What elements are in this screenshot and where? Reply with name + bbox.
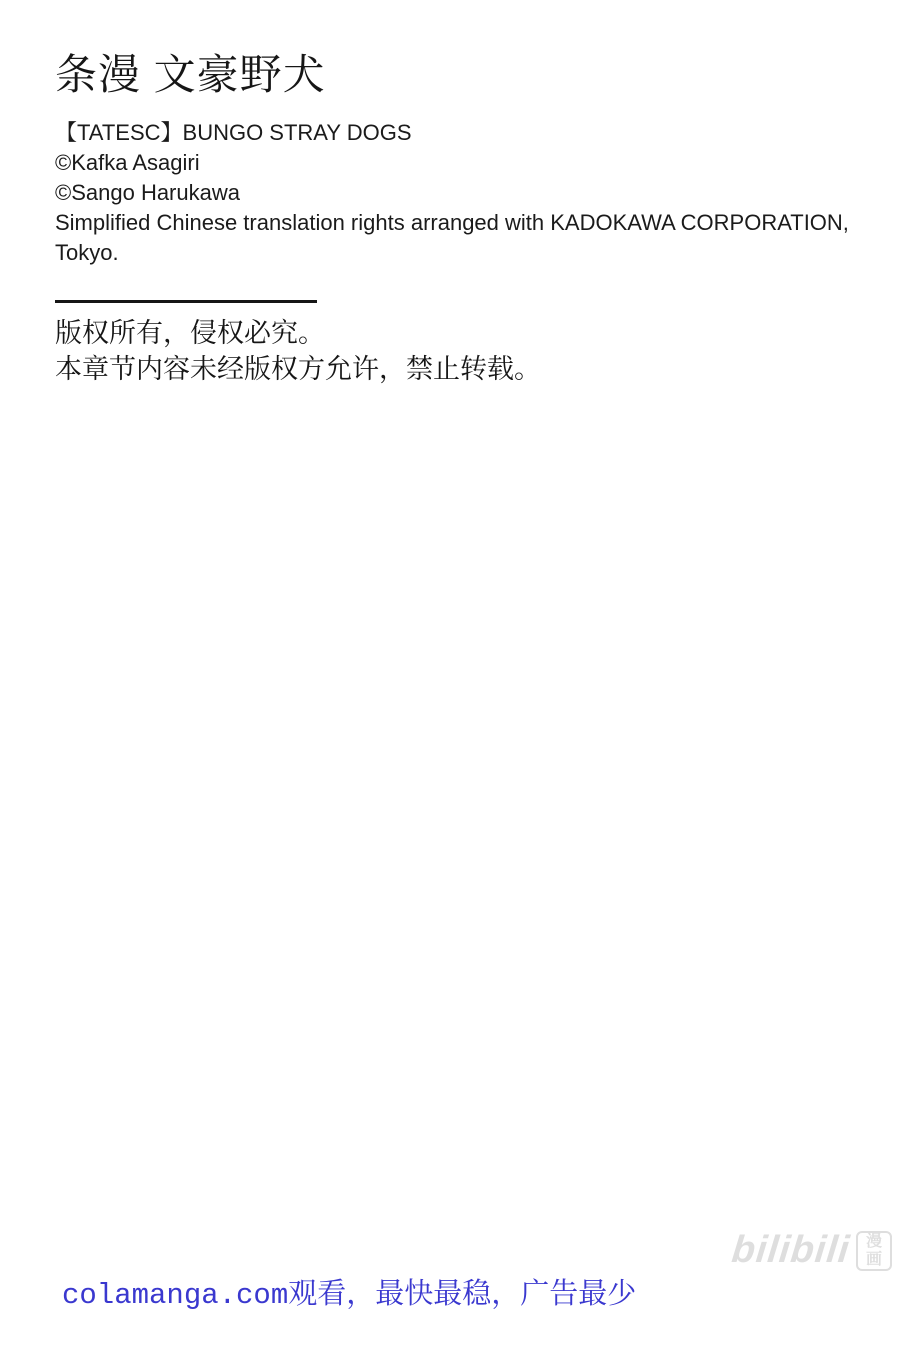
divider-line [55,300,317,303]
rights-notice-block: 版权所有，侵权必究。 本章节内容未经版权方允许，禁止转载。 [55,315,877,387]
translation-rights-line: Simplified Chinese translation rights ar… [55,208,877,268]
artist-credit: ©Sango Harukawa [55,178,877,208]
no-repost-notice-line: 本章节内容未经版权方允许，禁止转载。 [55,351,877,387]
manga-label-bottom: 画 [866,1251,882,1269]
bilibili-logo-text: bilibili [730,1229,852,1272]
series-subtitle: 【TATESC】BUNGO STRAY DOGS [55,118,877,148]
manga-label-box: 漫 画 [856,1231,892,1271]
author-credit: ©Kafka Asagiri [55,148,877,178]
copyright-page: 条漫 文豪野犬 【TATESC】BUNGO STRAY DOGS ©Kafka … [55,52,877,387]
manga-label-top: 漫 [866,1233,882,1251]
rights-notice-line: 版权所有，侵权必究。 [55,315,877,351]
page-title: 条漫 文豪野犬 [55,52,877,98]
bilibili-manga-logo: bilibili 漫 画 [732,1229,892,1272]
copyright-block: 【TATESC】BUNGO STRAY DOGS ©Kafka Asagiri … [55,118,877,268]
site-promo-text: colamanga.com观看，最快最稳，广告最少 [62,1271,636,1312]
